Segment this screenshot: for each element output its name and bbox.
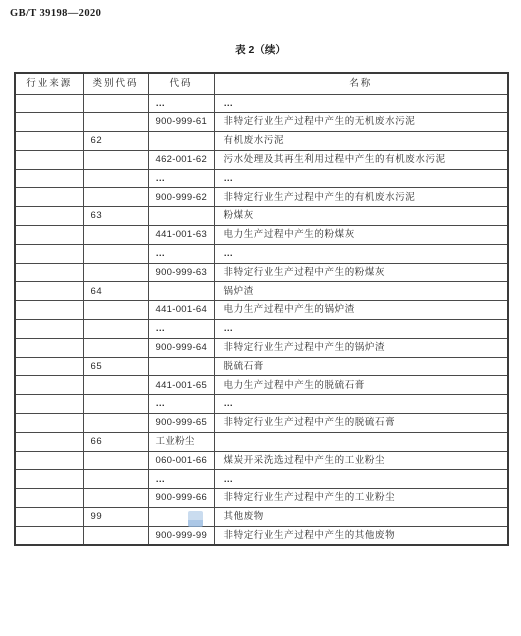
cell-category-code: [83, 301, 148, 320]
cell-code: [148, 132, 214, 151]
col-header-name: 名称: [214, 73, 508, 94]
cell-code: …: [148, 470, 214, 489]
cell-category-code: [83, 376, 148, 395]
table-row: ……: [15, 94, 508, 113]
table-row: 441-001-64电力生产过程中产生的锅炉渣: [15, 301, 508, 320]
cell-name: …: [214, 470, 508, 489]
cell-name: 锅炉渣: [214, 282, 508, 301]
col-header-code: 代码: [148, 73, 214, 94]
cell-code: …: [148, 395, 214, 414]
cell-industry-source: [15, 301, 83, 320]
cell-name: 电力生产过程中产生的脱硫石膏: [214, 376, 508, 395]
table-row: 99其他废物: [15, 508, 508, 527]
table-row: 900-999-99非特定行业生产过程中产生的其他废物: [15, 526, 508, 545]
cell-industry-source: [15, 338, 83, 357]
cell-industry-source: [15, 376, 83, 395]
table-row: 66工业粉尘: [15, 432, 508, 451]
cell-code: 441-001-65: [148, 376, 214, 395]
table-row: 65脱硫石膏: [15, 357, 508, 376]
cell-industry-source: [15, 263, 83, 282]
cell-category-code: [83, 489, 148, 508]
cell-category-code: [83, 320, 148, 339]
table-row: 62有机废水污泥: [15, 132, 508, 151]
waste-classification-table: 行业来源 类别代码 代码 名称 ……900-999-61非特定行业生产过程中产生…: [14, 72, 509, 546]
table-row: 900-999-62非特定行业生产过程中产生的有机废水污泥: [15, 188, 508, 207]
cell-industry-source: [15, 150, 83, 169]
cell-name: 电力生产过程中产生的锅炉渣: [214, 301, 508, 320]
table-row: ……: [15, 320, 508, 339]
cell-name: …: [214, 320, 508, 339]
table-row: 900-999-66非特定行业生产过程中产生的工业粉尘: [15, 489, 508, 508]
cell-name: 粉煤灰: [214, 207, 508, 226]
cell-category-code: 64: [83, 282, 148, 301]
cell-name: 有机废水污泥: [214, 132, 508, 151]
col-header-category-code: 类别代码: [83, 73, 148, 94]
cell-industry-source: [15, 357, 83, 376]
cell-category-code: [83, 526, 148, 545]
cell-industry-source: [15, 132, 83, 151]
cell-category-code: [83, 451, 148, 470]
cell-category-code: [83, 338, 148, 357]
cell-name: 非特定行业生产过程中产生的其他废物: [214, 526, 508, 545]
cell-name: 非特定行业生产过程中产生的有机废水污泥: [214, 188, 508, 207]
cell-industry-source: [15, 169, 83, 188]
cell-code: …: [148, 169, 214, 188]
cell-code: 900-999-99: [148, 526, 214, 545]
cell-category-code: [83, 414, 148, 433]
cell-industry-source: [15, 451, 83, 470]
cell-category-code: [83, 188, 148, 207]
table-row: 060-001-66煤炭开采洗选过程中产生的工业粉尘: [15, 451, 508, 470]
cell-category-code: [83, 226, 148, 245]
cell-category-code: 62: [83, 132, 148, 151]
cell-name: …: [214, 244, 508, 263]
table-row: ……: [15, 244, 508, 263]
cell-code: …: [148, 320, 214, 339]
table-row: 64锅炉渣: [15, 282, 508, 301]
table-row: ……: [15, 470, 508, 489]
cell-industry-source: [15, 188, 83, 207]
cell-code: [148, 282, 214, 301]
table-row: 900-999-64非特定行业生产过程中产生的锅炉渣: [15, 338, 508, 357]
cell-industry-source: [15, 414, 83, 433]
cell-category-code: 99: [83, 508, 148, 527]
cell-code: 900-999-64: [148, 338, 214, 357]
table-row: 441-001-65电力生产过程中产生的脱硫石膏: [15, 376, 508, 395]
cell-code: 462-001-62: [148, 150, 214, 169]
cell-industry-source: [15, 94, 83, 113]
cell-category-code: [83, 169, 148, 188]
cell-code: 900-999-65: [148, 414, 214, 433]
cell-industry-source: [15, 470, 83, 489]
table-body: ……900-999-61非特定行业生产过程中产生的无机废水污泥62有机废水污泥4…: [15, 94, 508, 545]
cell-category-code: [83, 150, 148, 169]
table-row: 900-999-63非特定行业生产过程中产生的粉煤灰: [15, 263, 508, 282]
table-row: 900-999-65非特定行业生产过程中产生的脱硫石膏: [15, 414, 508, 433]
cell-name: 其他废物: [214, 508, 508, 527]
cell-code: 900-999-66: [148, 489, 214, 508]
cell-industry-source: [15, 226, 83, 245]
cell-industry-source: [15, 489, 83, 508]
cell-industry-source: [15, 282, 83, 301]
watermark: [188, 511, 203, 527]
cell-code: …: [148, 94, 214, 113]
table-row: ……: [15, 169, 508, 188]
cell-industry-source: [15, 320, 83, 339]
cell-code: [148, 357, 214, 376]
cell-name: 脱硫石膏: [214, 357, 508, 376]
cell-code: [148, 508, 214, 527]
cell-code: 900-999-63: [148, 263, 214, 282]
cell-name: 非特定行业生产过程中产生的锅炉渣: [214, 338, 508, 357]
cell-code: 900-999-61: [148, 113, 214, 132]
cell-industry-source: [15, 113, 83, 132]
cell-industry-source: [15, 207, 83, 226]
standard-doc-number: GB/T 39198—2020: [10, 8, 101, 19]
table-header-row: 行业来源 类别代码 代码 名称: [15, 73, 508, 94]
cell-category-code: [83, 263, 148, 282]
cell-name: [214, 432, 508, 451]
cell-name: …: [214, 169, 508, 188]
cell-name: 煤炭开采洗选过程中产生的工业粉尘: [214, 451, 508, 470]
cell-industry-source: [15, 244, 83, 263]
cell-category-code: [83, 470, 148, 489]
table-row: 900-999-61非特定行业生产过程中产生的无机废水污泥: [15, 113, 508, 132]
cell-category-code: [83, 94, 148, 113]
cell-code: 441-001-64: [148, 301, 214, 320]
cell-category-code: 66: [83, 432, 148, 451]
cell-name: 非特定行业生产过程中产生的脱硫石膏: [214, 414, 508, 433]
document-page: GB/T 39198—2020 表 2（续） 行业来源 类别代码 代码 名称 ……: [0, 0, 521, 636]
table-row: 462-001-62污水处理及其再生利用过程中产生的有机废水污泥: [15, 150, 508, 169]
table-row: 441-001-63电力生产过程中产生的粉煤灰: [15, 226, 508, 245]
cell-industry-source: [15, 395, 83, 414]
cell-code: 060-001-66: [148, 451, 214, 470]
cell-code: …: [148, 244, 214, 263]
cell-category-code: [83, 113, 148, 132]
cell-industry-source: [15, 526, 83, 545]
cell-name: 非特定行业生产过程中产生的工业粉尘: [214, 489, 508, 508]
table-row: 63粉煤灰: [15, 207, 508, 226]
cell-code: [148, 207, 214, 226]
cell-name: …: [214, 395, 508, 414]
cell-industry-source: [15, 508, 83, 527]
cell-name: …: [214, 94, 508, 113]
table-row: ……: [15, 395, 508, 414]
cell-category-code: 65: [83, 357, 148, 376]
cell-name: 电力生产过程中产生的粉煤灰: [214, 226, 508, 245]
cell-category-code: 63: [83, 207, 148, 226]
table-title: 表 2（续）: [14, 42, 507, 57]
cell-code: 工业粉尘: [148, 432, 214, 451]
col-header-industry-source: 行业来源: [15, 73, 83, 94]
cell-name: 非特定行业生产过程中产生的粉煤灰: [214, 263, 508, 282]
cell-industry-source: [15, 432, 83, 451]
cell-code: 441-001-63: [148, 226, 214, 245]
cell-code: 900-999-62: [148, 188, 214, 207]
cell-category-code: [83, 395, 148, 414]
cell-name: 污水处理及其再生利用过程中产生的有机废水污泥: [214, 150, 508, 169]
cell-name: 非特定行业生产过程中产生的无机废水污泥: [214, 113, 508, 132]
cell-category-code: [83, 244, 148, 263]
